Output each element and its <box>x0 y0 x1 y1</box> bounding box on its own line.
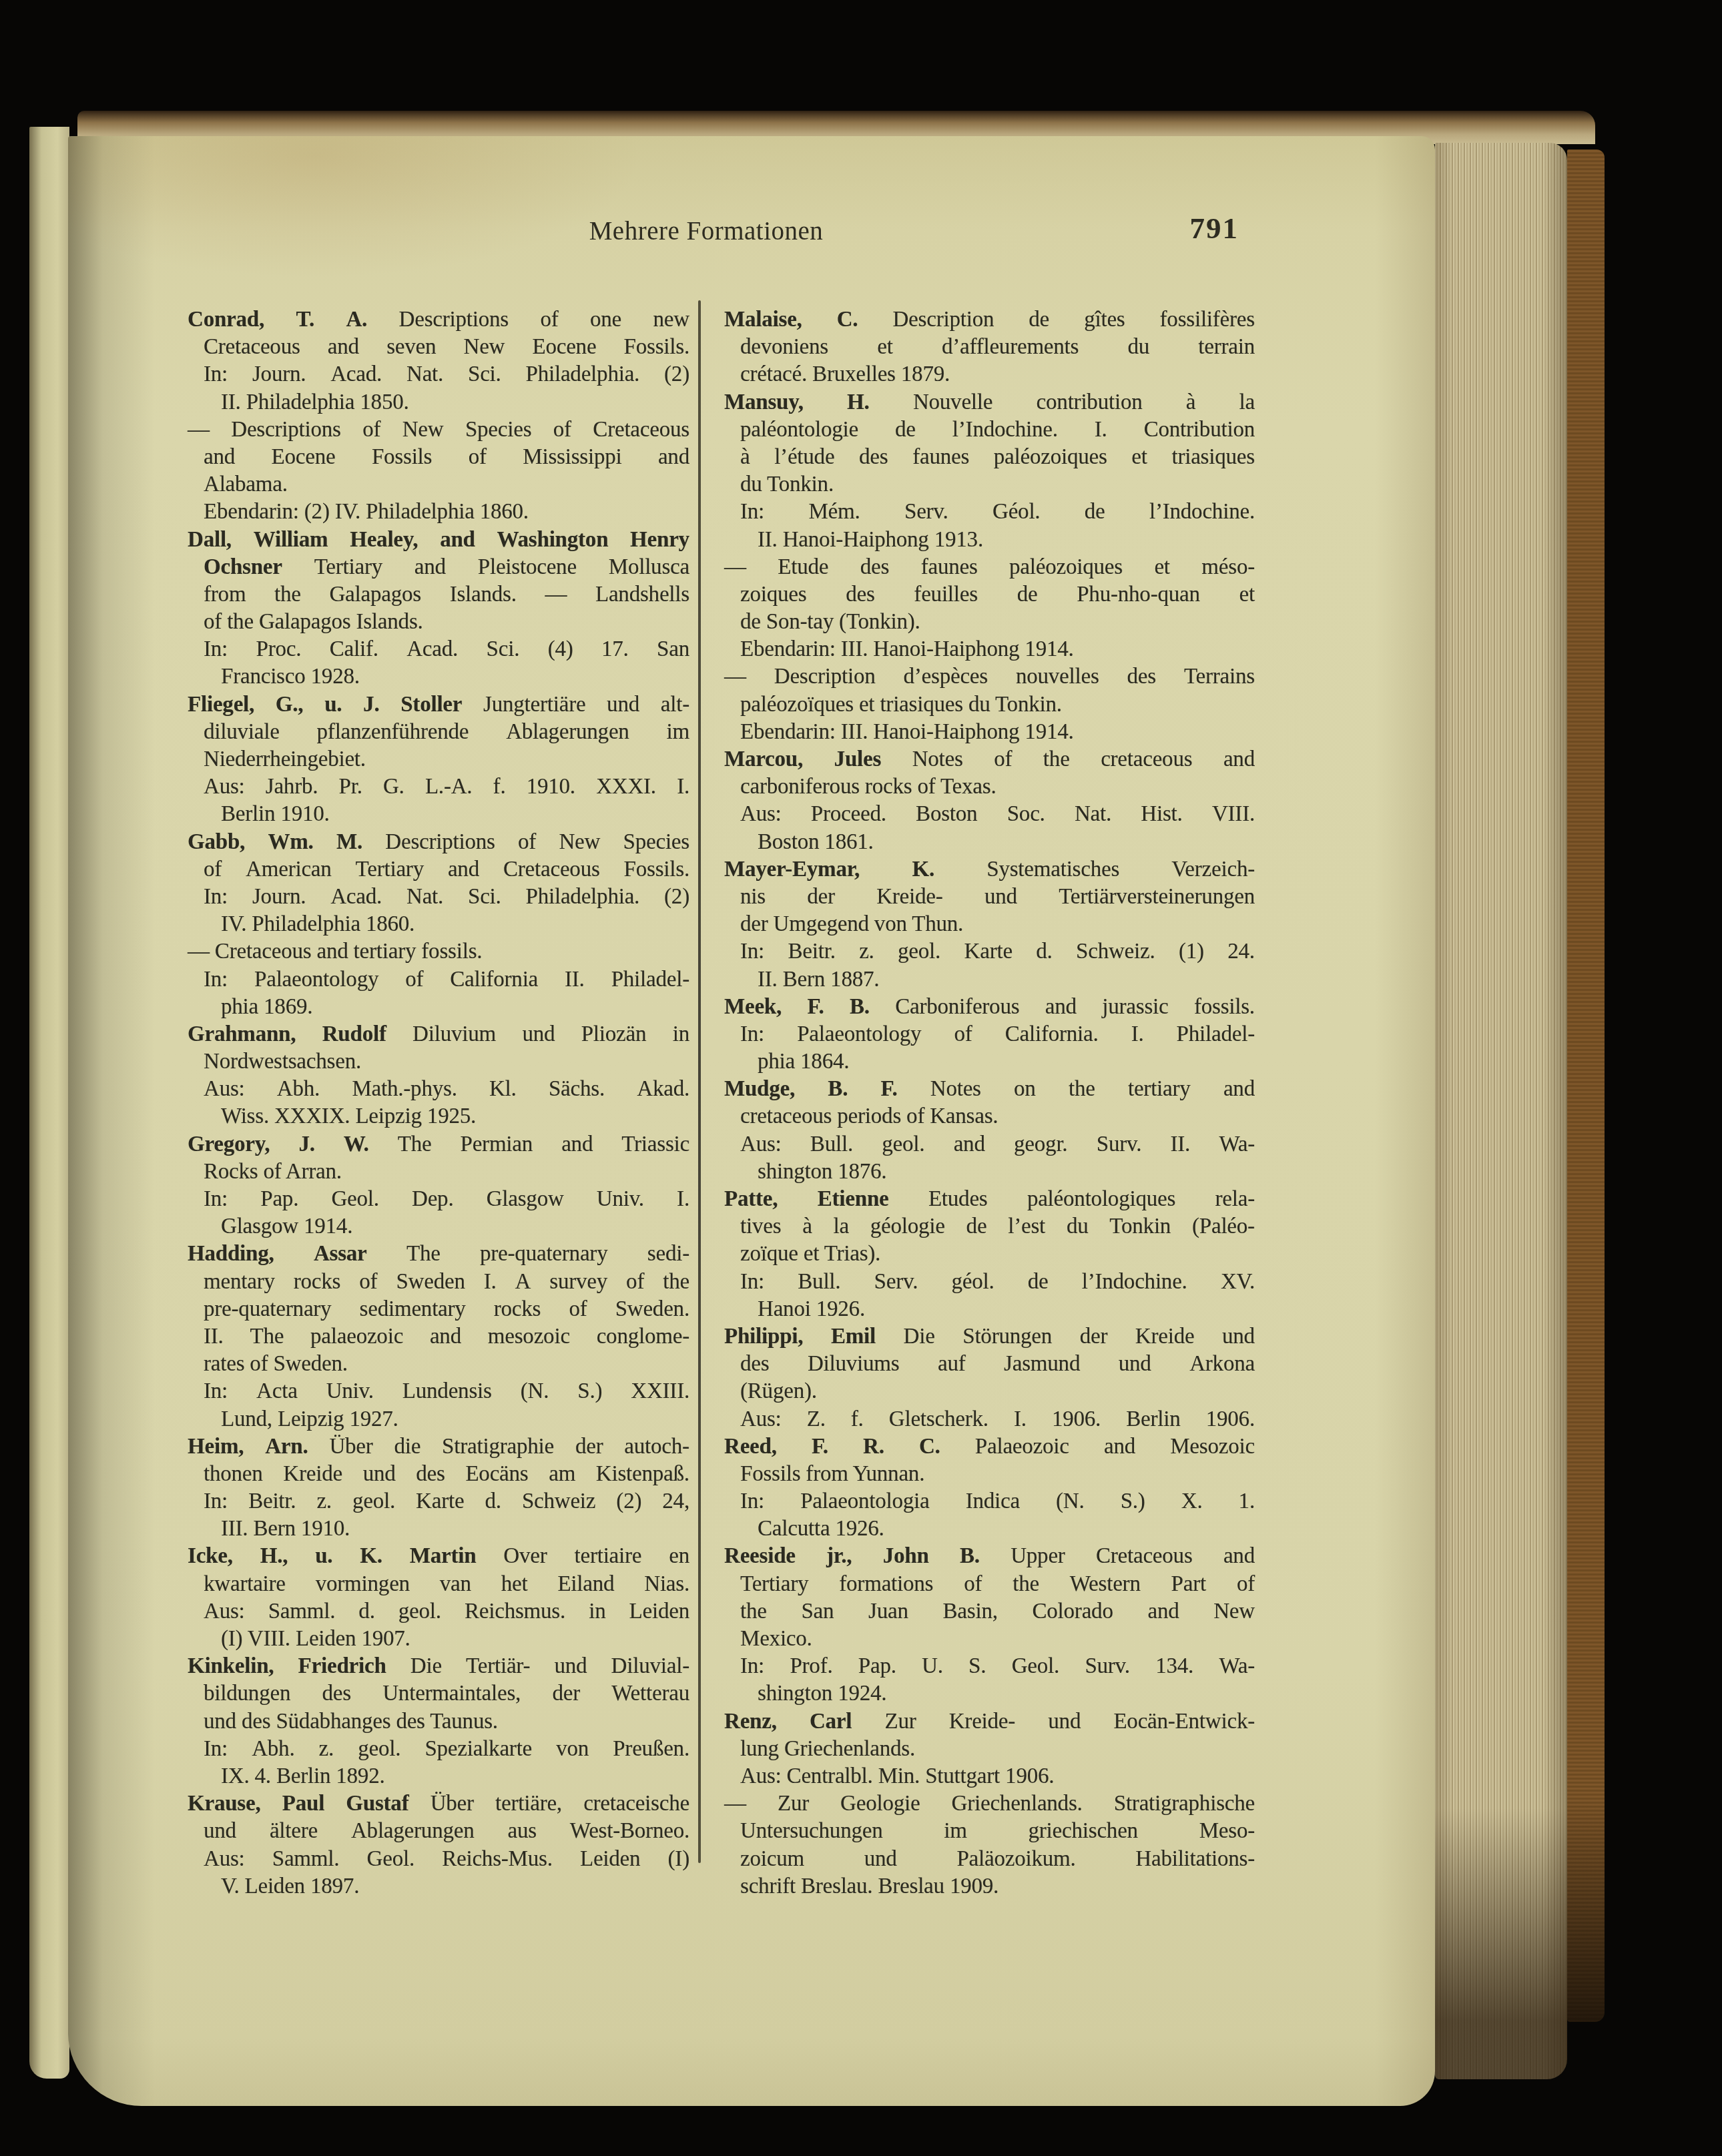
bib-line: Krause,PaulGustafÜbertertiäre,cretaceisc… <box>188 1790 689 1818</box>
word: and <box>204 444 235 471</box>
word: à <box>740 444 750 471</box>
bib-line: Conrad,T.A.Descriptionsofonenew <box>188 306 689 334</box>
word: of <box>204 856 222 883</box>
bib-line: phia 1869. <box>188 994 689 1021</box>
word: Reichs-Mus. <box>442 1846 553 1873</box>
bib-line: Boston 1861. <box>724 829 1255 856</box>
word: 134. <box>1155 1653 1193 1680</box>
word: paléozoiques <box>1009 554 1123 581</box>
word: in <box>673 1021 689 1048</box>
author-name-word: Henry <box>630 526 689 554</box>
word: of <box>626 1269 644 1296</box>
word: and <box>414 554 446 581</box>
bib-line: Rocks of Arran. <box>188 1158 689 1186</box>
word: und <box>1048 1708 1081 1736</box>
word: Western <box>1070 1571 1141 1598</box>
word: Descriptions <box>231 416 340 444</box>
word: of <box>553 416 571 444</box>
bib-line: Glasgow 1914. <box>188 1213 689 1240</box>
word: in <box>589 1598 605 1626</box>
bib-line: In:Proc.Calif.Acad.Sci.(4)17.San <box>188 636 689 663</box>
word: et <box>877 334 892 361</box>
bib-line: —ZurGeologieGriechenlands.Stratigraphisc… <box>724 1790 1255 1818</box>
word: Cretaceous <box>593 416 689 444</box>
word: Acad. <box>330 883 382 911</box>
word: New <box>402 416 444 444</box>
word: Mém. <box>808 498 860 526</box>
author-name-word: Marcou, <box>724 746 803 773</box>
word: van <box>440 1571 471 1598</box>
word: Tertiärversteinerungen <box>1059 883 1255 911</box>
word: terrain <box>1198 334 1255 361</box>
author-name-word: H., <box>260 1543 288 1570</box>
word: In: <box>204 1736 228 1763</box>
word: Geologie <box>840 1790 920 1818</box>
word: Schweiz. <box>1076 938 1155 966</box>
bib-line: Meek,F.B.Carboniferousandjurassicfossils… <box>724 994 1255 1021</box>
word: geol. <box>358 1736 400 1763</box>
word: tives <box>740 1213 781 1240</box>
word: Geol. <box>1012 1653 1059 1680</box>
word: Nias. <box>644 1571 689 1598</box>
word: survey <box>549 1269 607 1296</box>
word: II. <box>565 966 585 994</box>
word: S.) <box>1121 1488 1145 1515</box>
bib-line: In:Journ.Acad.Nat.Sci.Philadelphia.(2) <box>188 361 689 388</box>
bib-line: In:PalaeontologyofCalifornia.I.Philadel- <box>724 1021 1255 1048</box>
bib-line: Icke,H.,u.K.MartinOvertertiaireen <box>188 1543 689 1570</box>
word: contribution <box>1037 389 1143 416</box>
word: rocks <box>294 1269 340 1296</box>
word: géol. <box>951 1269 994 1296</box>
bib-line: paléozoïques et triasiques du Tonkin. <box>724 691 1255 719</box>
word: Aus: <box>740 801 782 828</box>
word: aus <box>507 1818 536 1845</box>
word: Zur <box>884 1708 916 1736</box>
word: (Paléo- <box>1192 1213 1255 1240</box>
word: Abh. <box>277 1076 320 1103</box>
word: the <box>1013 1571 1039 1598</box>
word: und <box>554 1653 587 1680</box>
word: ältere <box>270 1818 318 1845</box>
word: und <box>522 1021 555 1048</box>
word: alt- <box>661 691 689 719</box>
word: of <box>405 966 423 994</box>
author-name-word: Arn. <box>265 1433 308 1461</box>
word: und <box>607 691 639 719</box>
author-name-word: jr., <box>826 1543 852 1570</box>
word: (N. <box>1056 1488 1084 1515</box>
word: Sci. <box>468 883 501 911</box>
author-name-word: B. <box>828 1076 848 1103</box>
word: the <box>1069 1076 1095 1103</box>
word: Akad. <box>637 1076 689 1103</box>
word: Tertiary <box>740 1571 808 1598</box>
word: — <box>724 554 746 581</box>
word: Diluvium <box>412 1021 496 1048</box>
word: z. <box>859 938 874 966</box>
word: Geol. <box>367 1846 414 1873</box>
word: et <box>1154 554 1169 581</box>
word: from <box>204 581 246 609</box>
word: — <box>545 581 567 609</box>
word: Fossils <box>372 444 432 471</box>
author-name-word: Carl <box>810 1708 852 1736</box>
bib-line: Lund, Leipzig 1927. <box>188 1406 689 1433</box>
word: d. <box>1036 938 1052 966</box>
word: nis <box>740 883 766 911</box>
bib-line: In:Journ.Acad.Nat.Sci.Philadelphia.(2) <box>188 883 689 911</box>
word: The <box>250 1323 284 1351</box>
word: de <box>1029 306 1049 334</box>
word: mesozoic <box>488 1323 570 1351</box>
left-column: Conrad,T.A.DescriptionsofonenewCretaceou… <box>188 306 689 1900</box>
word: auf <box>938 1351 966 1378</box>
word: 17. <box>601 636 629 663</box>
word: des <box>416 1461 445 1488</box>
bib-line: zoïque et Trias). <box>724 1240 1255 1268</box>
bib-line: In:Prof.Pap.U.S.Geol.Surv.134.Wa- <box>724 1653 1255 1680</box>
word: fossilifères <box>1160 306 1255 334</box>
author-name-word: J. <box>298 1131 314 1158</box>
word: Nat. <box>1075 801 1111 828</box>
word: de <box>1028 1269 1049 1296</box>
bib-line: Mansuy,H.Nouvellecontributionàla <box>724 389 1255 416</box>
word: Acad. <box>330 361 382 388</box>
word: Kreide- <box>949 1708 1015 1736</box>
word: Nouvelle <box>913 389 992 416</box>
word: and <box>448 856 479 883</box>
bib-line: der Umgegend von Thun. <box>724 911 1255 938</box>
word: Arkona <box>1189 1351 1255 1378</box>
word: Boston <box>916 801 977 828</box>
word: Diluvial- <box>611 1653 689 1680</box>
author-name-word: Dall, <box>188 526 232 554</box>
bib-line: Ebendarin: III. Hanoi-Haiphong 1914. <box>724 719 1255 746</box>
word: Pr. <box>339 773 362 801</box>
author-name-word: Mudge, <box>724 1076 795 1103</box>
word: de <box>895 416 916 444</box>
word: — <box>188 416 210 444</box>
word: l’Indochine. <box>1149 498 1255 526</box>
bib-line: Patte,EtienneEtudespaléontologiquesrela- <box>724 1186 1255 1213</box>
word: (N. <box>521 1378 549 1405</box>
bib-line: Berlin 1910. <box>188 801 689 828</box>
bib-line: Alabama. <box>188 471 689 498</box>
word: f. <box>493 773 506 801</box>
facing-page-sliver <box>29 127 69 2079</box>
word: sedi- <box>647 1240 689 1268</box>
word: paléozoiques <box>994 444 1107 471</box>
word: Kreide <box>1135 1323 1195 1351</box>
word: Galapagos <box>329 581 420 609</box>
word: of <box>569 1296 587 1323</box>
word: and <box>1147 1598 1179 1626</box>
word: Etude <box>778 554 828 581</box>
word: and <box>1104 1433 1135 1461</box>
bib-line: In:Beitr.z.geol.Karted.Schweiz(2)24, <box>188 1488 689 1515</box>
word: Proc. <box>256 636 302 663</box>
bib-line: Aus:Samml.d.geol.Reichsmus.inLeiden <box>188 1598 689 1626</box>
bib-line: Heim,Arn.ÜberdieStratigraphiederautoch- <box>188 1433 689 1461</box>
word: Colorado <box>1032 1598 1113 1626</box>
bib-line: nisderKreide-undTertiärversteinerungen <box>724 883 1255 911</box>
word: the <box>663 1269 689 1296</box>
word: and <box>1045 994 1077 1021</box>
book-cover-edge <box>1567 149 1605 2022</box>
word: Description <box>892 306 994 334</box>
bib-line: of the Galapagos Islands. <box>188 609 689 636</box>
word: des <box>846 581 874 609</box>
word: Aus: <box>204 773 245 801</box>
bib-line: diluvialepflanzenführendeAblagerungenim <box>188 719 689 746</box>
bib-line: Hadding,AssarThepre-quaternarysedi- <box>188 1240 689 1268</box>
bib-line: ofAmericanTertiaryandCretaceousFossils. <box>188 856 689 883</box>
right-column: Malaise,C.Descriptiondegîtesfossilifères… <box>724 306 1255 1900</box>
word: Gletscherk. <box>889 1406 988 1433</box>
word: Serv. <box>904 498 948 526</box>
word: Kistenpaß. <box>596 1461 689 1488</box>
word: Eiland <box>557 1571 614 1598</box>
word: Verzeich- <box>1171 856 1255 883</box>
word: (I) <box>668 1846 689 1873</box>
word: Species <box>465 416 531 444</box>
word: Etudes <box>928 1186 988 1213</box>
word: Sci. <box>487 636 520 663</box>
word: Beitr. <box>248 1488 296 1515</box>
word: Sci. <box>468 361 501 388</box>
word: Untermaintales, <box>382 1680 521 1708</box>
word: jurassic <box>1102 994 1168 1021</box>
author-name-word: Paul <box>282 1790 324 1818</box>
word: the <box>274 581 301 609</box>
word: paléontologie <box>740 416 858 444</box>
word: Univ. <box>597 1186 644 1213</box>
word: I. <box>677 773 689 801</box>
word: palaeozoic <box>310 1323 403 1351</box>
word: (4) <box>548 636 573 663</box>
word: Tertiary <box>356 856 424 883</box>
word: — <box>724 1790 746 1818</box>
word: Palaeozoic <box>975 1433 1069 1461</box>
author-name-word: G., <box>276 691 304 719</box>
author-name-word: K. <box>912 856 934 883</box>
word: of <box>964 1571 982 1598</box>
author-name-word: Assar <box>314 1240 367 1268</box>
word: faunes <box>912 444 969 471</box>
author-name-word: u. <box>315 1543 332 1570</box>
word: Géol. <box>992 498 1040 526</box>
book-fore-edge-pages <box>1435 143 1567 2079</box>
bib-line: Mexico. <box>724 1626 1255 1653</box>
bib-line: IX. 4. Berlin 1892. <box>188 1763 689 1790</box>
word: Basin, <box>943 1598 998 1626</box>
word: Griechenlands. <box>952 1790 1083 1818</box>
author-name-word: Icke, <box>188 1543 233 1570</box>
bib-line: —Etudedesfaunespaléozoiquesetméso- <box>724 554 1255 581</box>
word: — <box>724 663 746 691</box>
word: des <box>860 554 889 581</box>
bib-line: In:PalaeontologiaIndica(N.S.)X.1. <box>724 1488 1255 1515</box>
bib-line: Grahmann,RudolfDiluviumundPliozänin <box>188 1021 689 1048</box>
word: die <box>394 1433 420 1461</box>
word: Journ. <box>252 361 306 388</box>
word: der <box>575 1433 603 1461</box>
author-name-word: A. <box>346 306 367 334</box>
word: Diluviums <box>808 1351 900 1378</box>
bib-line: In:PalaeontologyofCaliforniaII.Philadel- <box>188 966 689 994</box>
word: Permian <box>461 1131 533 1158</box>
author-name-word: Mayer-Eymar, <box>724 856 860 883</box>
author-name-word: Gustaf <box>346 1790 408 1818</box>
word: Acad. <box>406 636 458 663</box>
word: Über <box>431 1790 474 1818</box>
bib-line: tivesàlagéologiedel’estduTonkin(Paléo- <box>724 1213 1255 1240</box>
word: U. <box>922 1653 943 1680</box>
word: diluviale <box>204 719 280 746</box>
bib-line: — Cretaceous and tertiary fossils. <box>188 938 689 966</box>
word: Serv. <box>874 1269 918 1296</box>
word: à <box>1186 389 1195 416</box>
word: Islands. <box>450 581 517 609</box>
word: Wa- <box>1219 1653 1255 1680</box>
bib-line: paléontologiedel’Indochine.I.Contributio… <box>724 416 1255 444</box>
word: Palaeontology <box>797 1021 921 1048</box>
word: bildungen <box>204 1680 290 1708</box>
word: seven <box>386 334 436 361</box>
word: de <box>1085 498 1105 526</box>
word: Lundensis <box>402 1378 492 1405</box>
word: Sweden. <box>615 1296 689 1323</box>
word: triasiques <box>1171 444 1254 471</box>
bib-line: Mayer-Eymar,K.SystematischesVerzeich- <box>724 856 1255 883</box>
word: Juan <box>868 1598 908 1626</box>
word: Stratigraphie <box>442 1433 554 1461</box>
word: and <box>1223 746 1255 773</box>
word: Pap. <box>858 1653 896 1680</box>
word: Aus: <box>204 1598 245 1626</box>
bib-line: zoicumundPaläozoikum.Habilitations- <box>724 1846 1255 1873</box>
word: rocks <box>494 1296 541 1323</box>
word: of <box>469 444 487 471</box>
author-name-word: F. <box>881 1076 898 1103</box>
word: I. <box>1014 1406 1027 1433</box>
word: of <box>1237 1571 1255 1598</box>
word: Stratigraphische <box>1114 1790 1255 1818</box>
word: Systematisches <box>986 856 1119 883</box>
word: Surv. <box>1085 1653 1129 1680</box>
word: fossils. <box>1194 994 1255 1021</box>
word: VIII. <box>1212 801 1255 828</box>
word: Carboniferous <box>895 994 1019 1021</box>
word: In: <box>740 1269 764 1296</box>
word: San <box>657 636 689 663</box>
word: In: <box>204 1378 228 1405</box>
word: In: <box>740 1653 764 1680</box>
word: Paläozoikum. <box>956 1846 1075 1873</box>
word: und <box>363 1461 396 1488</box>
word: Pleistocene <box>478 554 577 581</box>
word: Preußen. <box>613 1736 689 1763</box>
author-name-word: Reeside <box>724 1543 796 1570</box>
word: Notes <box>912 746 963 773</box>
word: Wa- <box>1219 1131 1255 1158</box>
author-name-word: Grahmann, <box>188 1021 296 1048</box>
word: pre-quaternary <box>204 1296 331 1323</box>
word: (2) <box>616 1488 641 1515</box>
author-name-word: Kinkelin, <box>188 1653 274 1680</box>
word: Sweden <box>396 1269 465 1296</box>
bib-line: lung Griechenlands. <box>724 1736 1255 1763</box>
bib-line: In:Beitr.z.geol.Karted.Schweiz.(1)24. <box>724 938 1255 966</box>
word: Math.-phys. <box>352 1076 457 1103</box>
bib-line: shington 1924. <box>724 1680 1255 1708</box>
bib-line: Marcou,JulesNotesofthecretaceousand <box>724 746 1255 773</box>
word: In: <box>204 966 228 994</box>
word: 1910. <box>527 773 575 801</box>
author-name-word: Healey, <box>350 526 418 554</box>
word: Leiden <box>629 1598 689 1626</box>
author-name-word: J. <box>363 691 379 719</box>
author-name-word: B. <box>960 1543 980 1570</box>
word: Philadel- <box>1177 1021 1255 1048</box>
word: (2) <box>664 883 689 911</box>
author-name-word: Gabb, <box>188 829 245 856</box>
word: geol. <box>398 1598 441 1626</box>
word: Proceed. <box>811 801 886 828</box>
word: West-Borneo. <box>570 1818 689 1845</box>
word: Tertiär- <box>466 1653 530 1680</box>
author-name-word: F. <box>812 1433 828 1461</box>
word: der <box>552 1680 580 1708</box>
bib-line: Aus:Samml.Geol.Reichs-Mus.Leiden(I) <box>188 1846 689 1873</box>
word: Reichsmus. <box>465 1598 565 1626</box>
bib-line: Hanoi 1926. <box>724 1296 1255 1323</box>
bib-line: Fliegel,G.,u.J.StollerJungtertiäreundalt… <box>188 691 689 719</box>
word: pre-quaternary <box>480 1240 607 1268</box>
word: à <box>802 1213 812 1240</box>
word: Descriptions <box>399 306 509 334</box>
word: Samml. <box>268 1598 336 1626</box>
word: formations <box>839 1571 933 1598</box>
bib-line: undältereAblagerungenausWest-Borneo. <box>188 1818 689 1845</box>
word: Aus: <box>740 1406 782 1433</box>
word: Spezialkarte <box>424 1736 532 1763</box>
bib-line: Philippi,EmilDieStörungenderKreideund <box>724 1323 1255 1351</box>
word: Terrains <box>1184 663 1255 691</box>
word: Notes <box>930 1076 981 1103</box>
word: (1) <box>1179 938 1204 966</box>
bib-line: Gabb,Wm.M.DescriptionsofNewSpecies <box>188 829 689 856</box>
author-name-word: Ochsner <box>204 554 282 581</box>
word: Beitr. <box>788 938 835 966</box>
word: 1. <box>1239 1488 1255 1515</box>
word: geol. <box>352 1488 395 1515</box>
word: Jungtertiäre <box>483 691 585 719</box>
bib-line: phia 1864. <box>724 1048 1255 1076</box>
bib-line: fromtheGalapagosIslands.—Landshells <box>188 581 689 609</box>
word: Dep. <box>412 1186 453 1213</box>
word: XXIII. <box>631 1378 689 1405</box>
author-name-word: Friedrich <box>298 1653 386 1680</box>
word: Landshells <box>595 581 689 609</box>
word: Philadelphia. <box>526 361 640 388</box>
word: z. <box>319 1736 334 1763</box>
word: Wetterau <box>611 1680 689 1708</box>
word: rela- <box>1215 1186 1255 1213</box>
word: California. <box>1005 1021 1099 1048</box>
word: and <box>954 1131 985 1158</box>
